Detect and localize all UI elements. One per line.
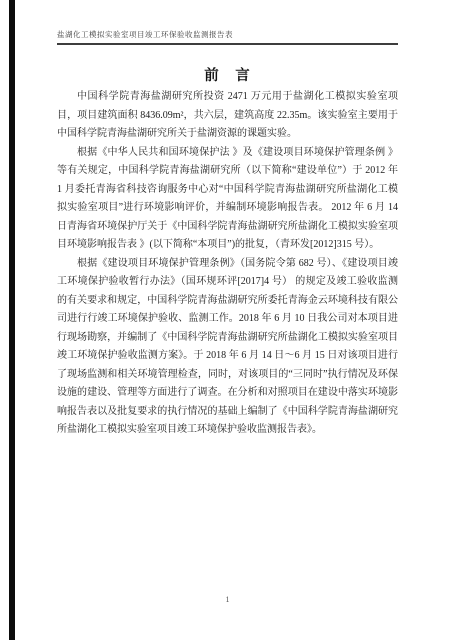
document-page: { "document": { "running_header": "盐湖化工模… (0, 0, 452, 640)
paragraph-investment-overview: 中国科学院青海盐湖研究所投资 2471 万元用于盐湖化工模拟实验室项目，项目建筑… (57, 88, 398, 144)
paragraph-acceptance-monitoring: 根据《建设项目环境保护管理条例》（国务院令第 682 号）、《建设项目竣工环境保… (57, 255, 398, 440)
paragraph-eia-approval: 根据《中华人民共和国环境保护法 》及《建设项目环境保护管理条例 》等有关规定，中… (57, 144, 398, 255)
page-title: 前 言 (57, 64, 398, 85)
page-number: 1 (57, 595, 398, 604)
page-sheet: 盐湖化工模拟实验室项目竣工环保验收监测报告表 前 言 中国科学院青海盐湖研究所投… (57, 0, 398, 640)
running-header: 盐湖化工模拟实验室项目竣工环保验收监测报告表 (57, 29, 398, 40)
preface-body: 中国科学院青海盐湖研究所投资 2471 万元用于盐湖化工模拟实验室项目，项目建筑… (57, 88, 398, 440)
scan-gutter-bar (9, 0, 15, 640)
header-rule (57, 43, 398, 45)
